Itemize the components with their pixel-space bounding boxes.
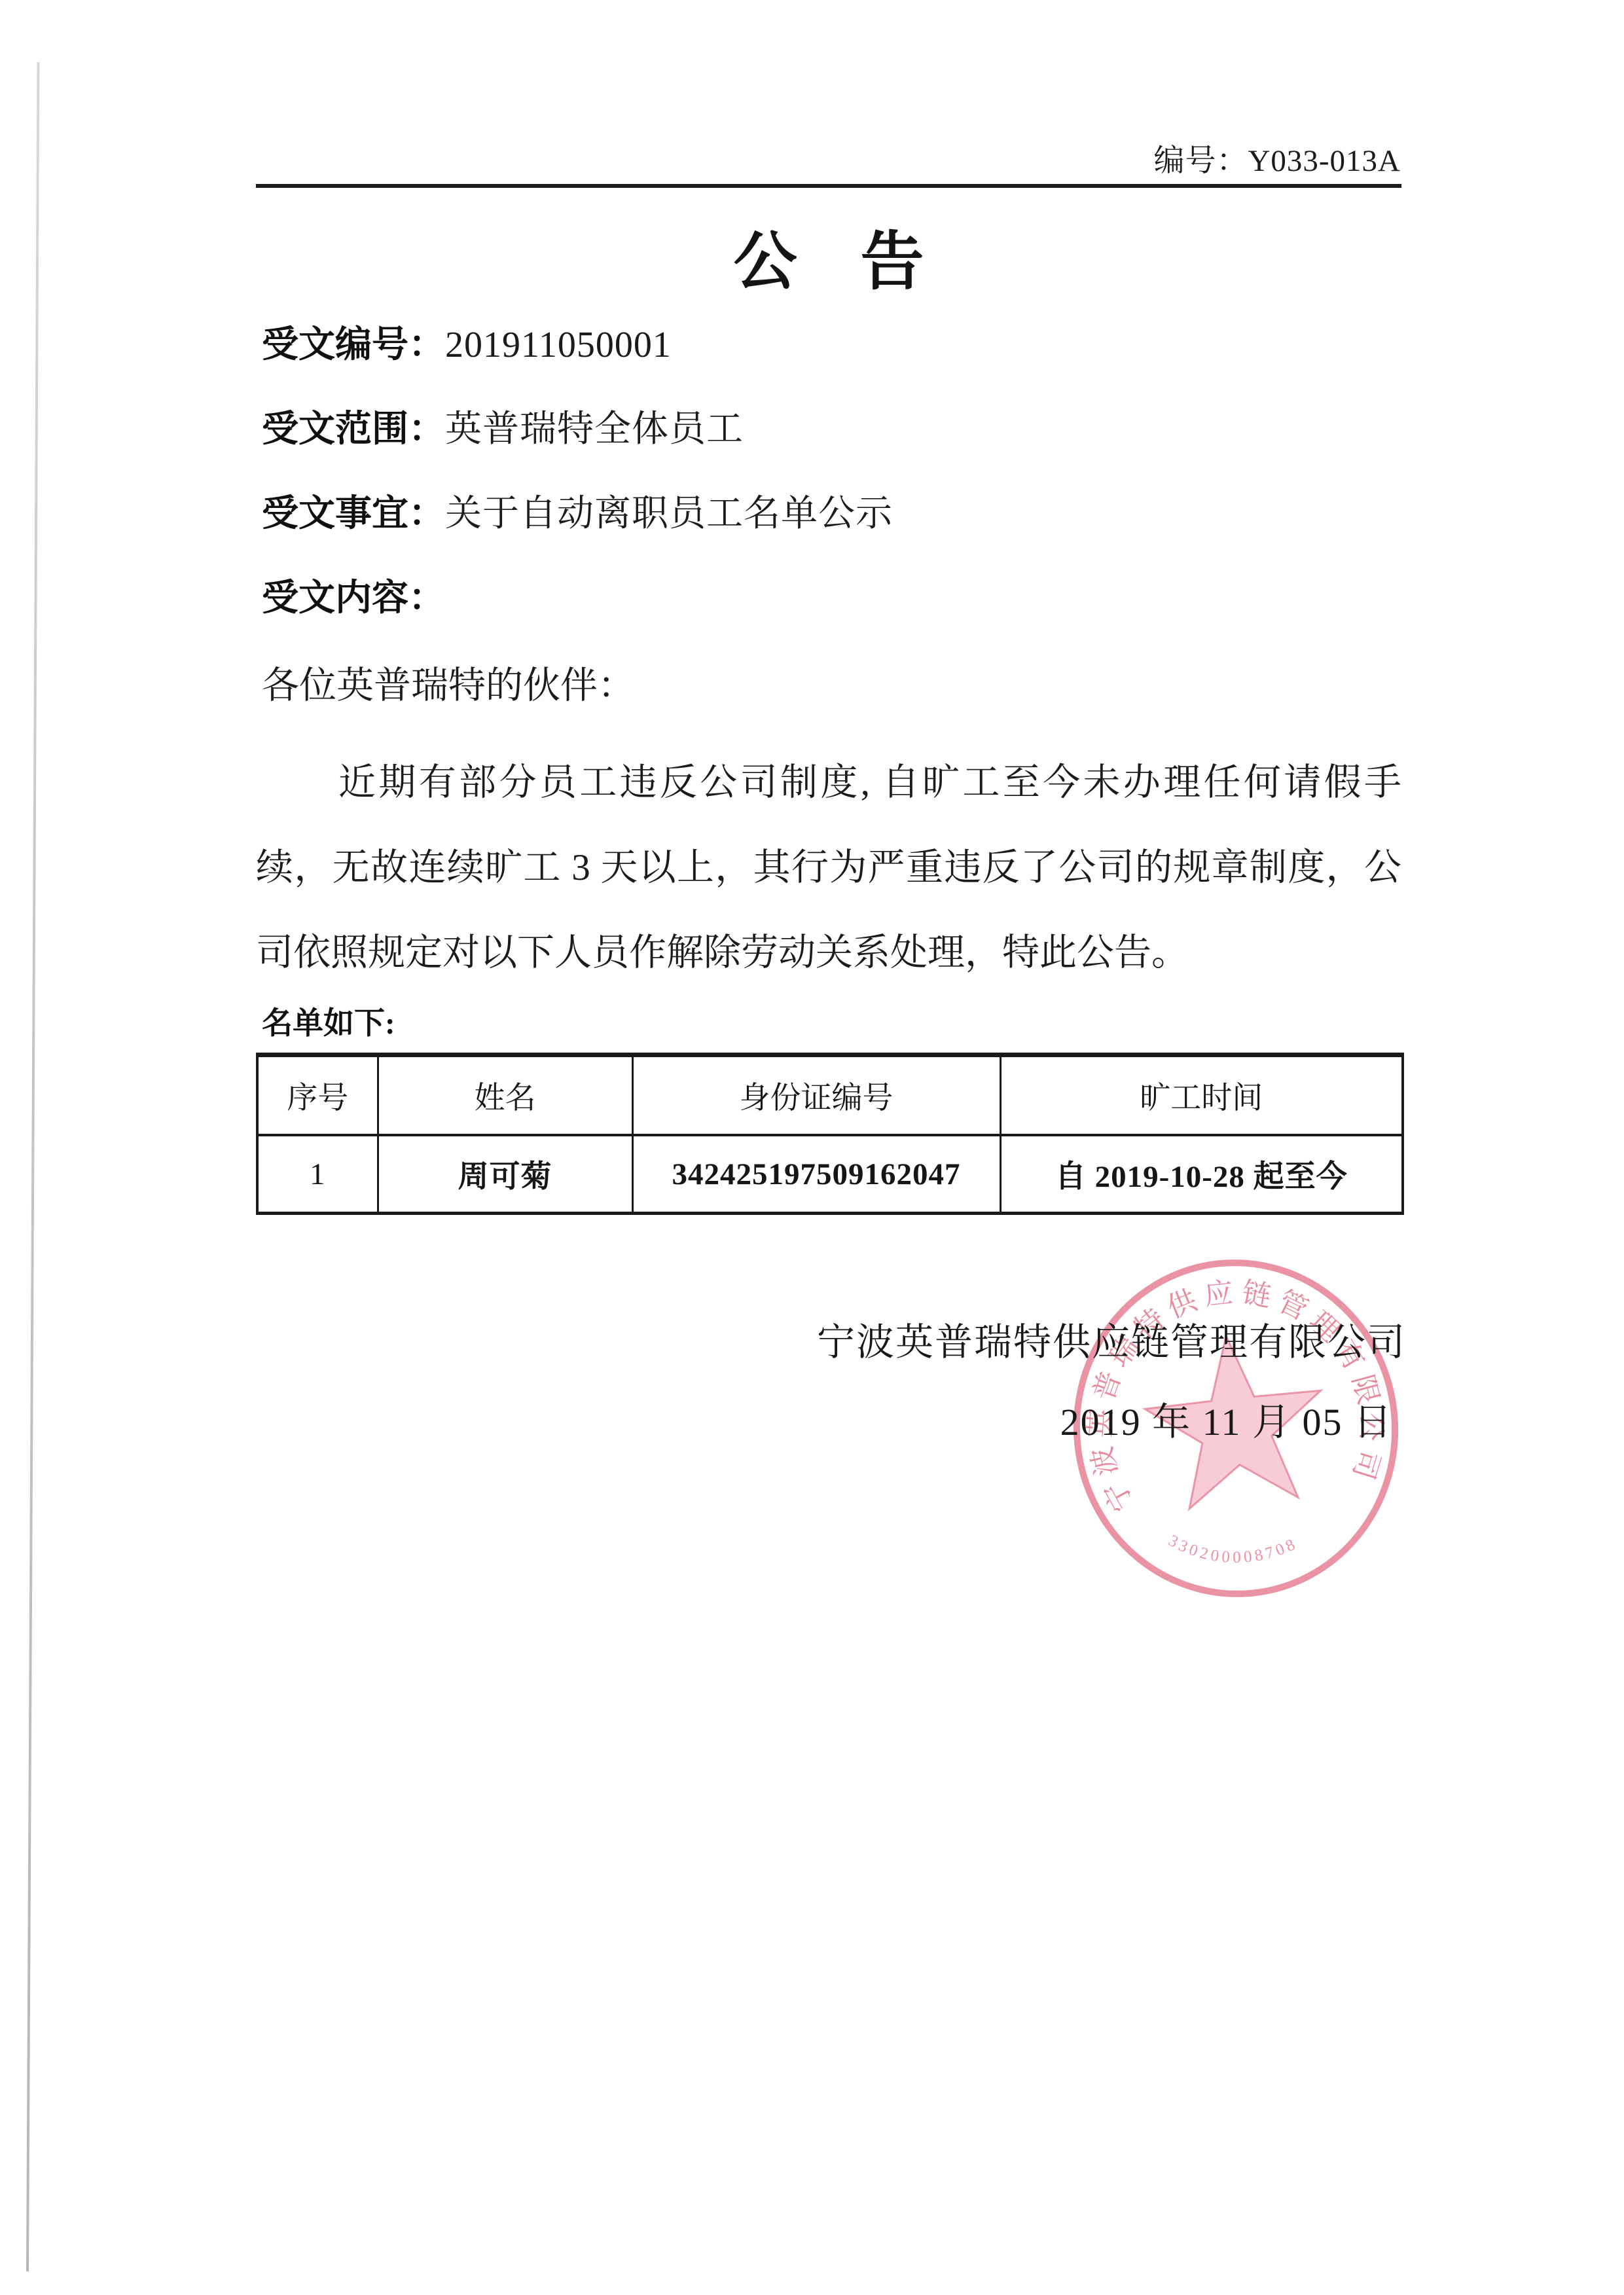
field-label: 受文范围： xyxy=(262,409,445,450)
header-rule xyxy=(256,184,1401,188)
field-value: 201911050001 xyxy=(445,325,672,365)
paragraph-line: 近期有部分员工违反公司制度, 自旷工至今未办理任何请假手 xyxy=(256,759,1401,806)
table-header-absence: 旷工时间 xyxy=(1000,1055,1403,1136)
table-header-row: 序号 姓名 身份证编号 旷工时间 xyxy=(257,1055,1403,1136)
field-row-doc-id: 受文编号：201911050001 xyxy=(262,324,1414,366)
field-value: 英普瑞特全体员工 xyxy=(445,409,744,450)
field-row-content: 受文内容： xyxy=(262,577,1414,619)
paragraph-line: 司依照规定对以下人员作解除劳动关系处理，特此公告。 xyxy=(256,930,1401,976)
table-header-seq: 序号 xyxy=(257,1055,378,1136)
field-row-scope: 受文范围：英普瑞特全体员工 xyxy=(262,408,1414,450)
salutation: 各位英普瑞特的伙伴： xyxy=(262,664,1414,708)
field-label: 受文编号： xyxy=(262,325,445,365)
table-cell-name: 周可菊 xyxy=(378,1135,632,1214)
field-value: 关于自动离职员工名单公示 xyxy=(445,494,893,534)
field-row-subject: 受文事宜：关于自动离职员工名单公示 xyxy=(262,493,1414,535)
company-signature: 宁波英普瑞特供应链管理有限公司 xyxy=(817,1321,1406,1365)
table-header-name: 姓名 xyxy=(378,1055,632,1136)
stamp-serial-number: 330200008708 xyxy=(1164,1519,1302,1574)
scan-edge-line xyxy=(26,62,39,2271)
table-cell-id: 342425197509162047 xyxy=(632,1135,1000,1214)
table-cell-absence: 自 2019-10-28 起至今 xyxy=(1000,1135,1403,1214)
paragraph-line: 续，无故连续旷工 3 天以上，其行为严重违反了公司的规章制度，公 xyxy=(256,844,1401,891)
table-header-id: 身份证编号 xyxy=(632,1055,1000,1136)
announcement-document-page: 宁波英普瑞特供应链管理有限公司 330200008708 编号：Y033-013… xyxy=(0,0,1624,2295)
signature-date: 2019 年 11 月 05 日 xyxy=(1060,1401,1393,1445)
page-title: 公 告 xyxy=(256,229,1401,296)
roster-table: 序号 姓名 身份证编号 旷工时间 1 周可菊 34242519750916204… xyxy=(256,1053,1404,1215)
svg-text:330200008708: 330200008708 xyxy=(1164,1519,1302,1574)
list-intro: 名单如下: xyxy=(262,1006,395,1041)
table-cell-seq: 1 xyxy=(257,1135,378,1214)
table-row: 1 周可菊 342425197509162047 自 2019-10-28 起至… xyxy=(257,1135,1403,1214)
field-label: 受文内容： xyxy=(262,578,445,619)
field-label: 受文事宜： xyxy=(262,494,445,534)
doc-number: 编号：Y033-013A xyxy=(1153,143,1401,179)
